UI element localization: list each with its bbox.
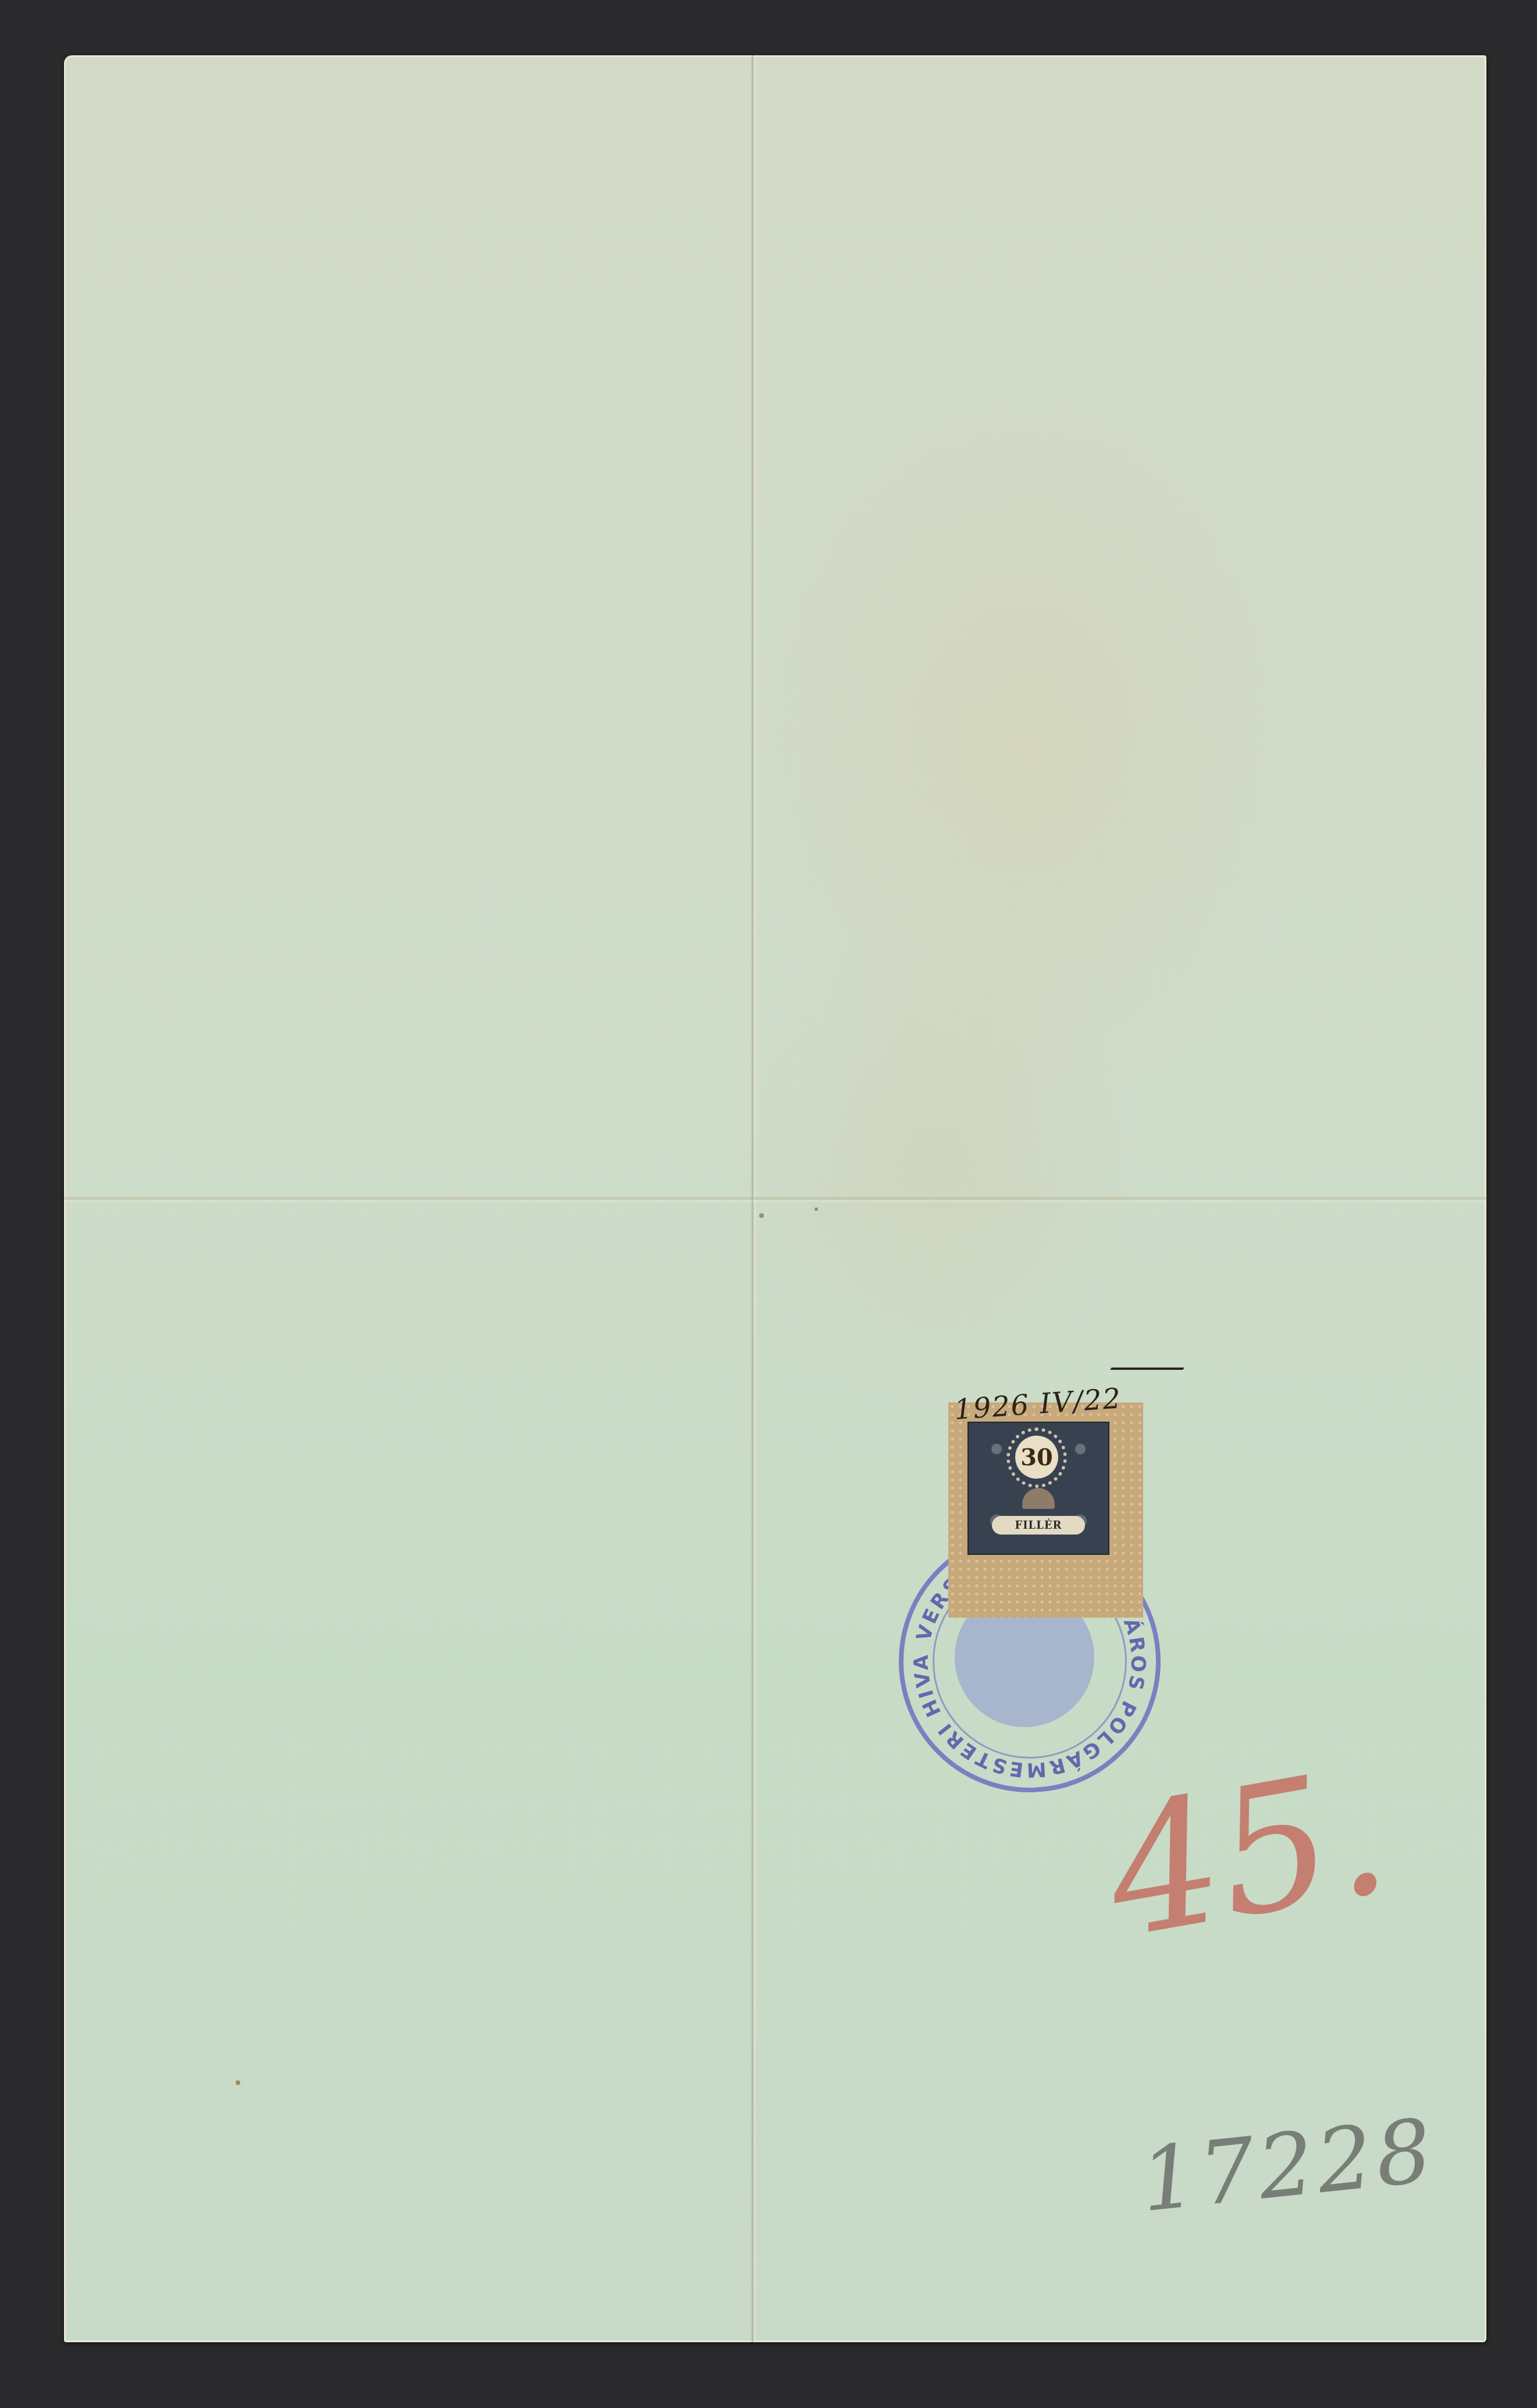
revenue-stamp: 30 FILLÉR: [948, 1402, 1143, 1618]
paper-speck: [236, 2080, 240, 2085]
stamp-value: 30: [1015, 1436, 1058, 1479]
horizontal-fold-crease: [64, 1196, 1486, 1203]
crown-icon: [1022, 1488, 1055, 1509]
stamp-frame: 30 FILLÉR: [969, 1423, 1108, 1554]
red-crayon-number: 45.: [1095, 1743, 1399, 1963]
stamp-denomination: FILLÉR: [992, 1516, 1085, 1535]
paper-speck: [814, 1207, 818, 1211]
paper-speck: [759, 1213, 764, 1218]
document-sheet: VERSECZ SZ. KIR. VÁROS POLGÁRMESTERI HIV…: [64, 55, 1486, 2342]
handwritten-flourish: [1081, 1368, 1184, 1411]
pencil-reference-number: 17228: [1136, 2100, 1440, 2232]
